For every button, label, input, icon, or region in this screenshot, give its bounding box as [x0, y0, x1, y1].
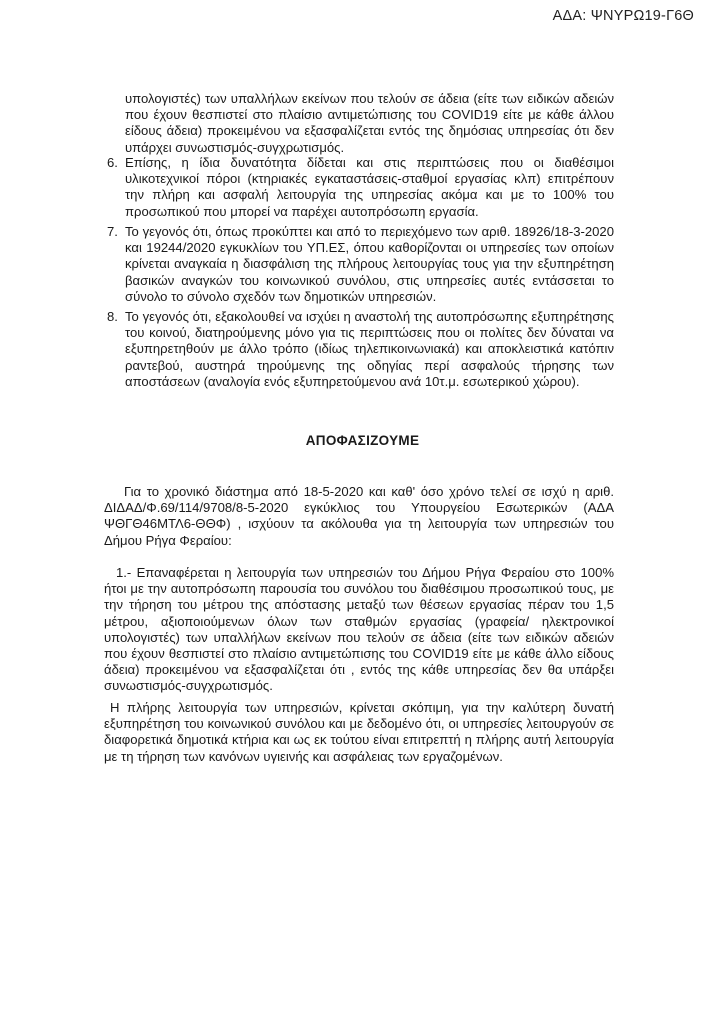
list-item-number: 8. — [107, 309, 125, 390]
list-item-text: Το γεγονός ότι, εξακολουθεί να ισχύει η … — [125, 309, 614, 390]
list-item: 7. Το γεγονός ότι, όπως προκύπτει και απ… — [107, 224, 614, 305]
list-item: 8. Το γεγονός ότι, εξακολουθεί να ισχύει… — [107, 309, 614, 390]
period-paragraph: Για το χρονικό διάστημα από 18-5-2020 κα… — [104, 484, 614, 549]
decision-heading: ΑΠΟΦΑΣΙΖΟΥΜΕ — [0, 433, 725, 448]
list-item-text: Το γεγονός ότι, όπως προκύπτει και από τ… — [125, 224, 614, 305]
decision-item-1: 1.- Επαναφέρεται η λειτουργία των υπηρεσ… — [104, 565, 614, 695]
list-item-text: Επίσης, η ίδια δυνατότητα δίδεται και στ… — [125, 155, 614, 220]
continuation-paragraph: υπολογιστές) των υπαλλήλων εκείνων που τ… — [125, 91, 614, 156]
full-operation-paragraph: Η πλήρης λειτουργία των υπηρεσιών, κρίνε… — [104, 700, 614, 765]
ada-identifier: ΑΔΑ: ΨΝΥΡΩ19-Γ6Θ — [553, 8, 694, 24]
list-item: 6. Επίσης, η ίδια δυνατότητα δίδεται και… — [107, 155, 614, 220]
list-item-number: 6. — [107, 155, 125, 220]
list-item-number: 7. — [107, 224, 125, 305]
